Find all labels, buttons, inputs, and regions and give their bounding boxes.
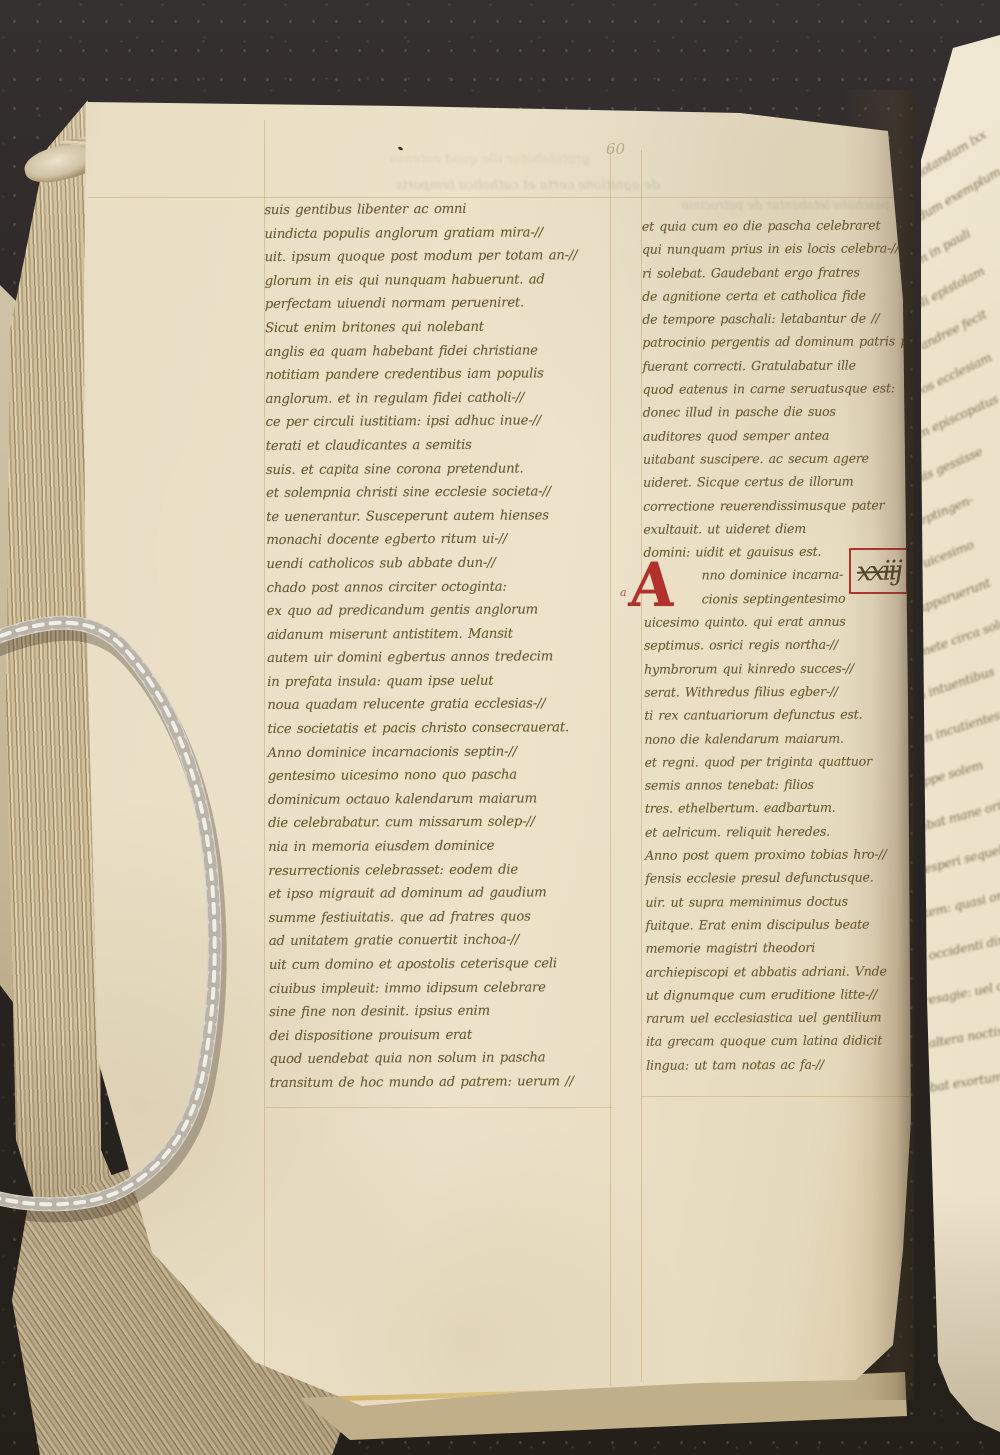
initial-guide-letter: a: [620, 586, 627, 599]
manuscript-line: uit. ipsum quoque post modum per totam a…: [265, 244, 611, 270]
manuscript-line: gentesimo uicesimo nono quo pascha: [268, 763, 614, 789]
manuscript-line: te uenerantur. Susceperunt autem hienses: [266, 504, 612, 530]
manuscript-line: quod uendebat quia non solum in pascha: [269, 1046, 615, 1072]
manuscript-line: ciuibus impleuit: immo idipsum celebrare: [269, 976, 615, 1002]
manuscript-line: anglis ea quam habebant fidei christiane: [265, 339, 611, 365]
manuscript-line: et solempnia christi sine ecclesie socie…: [266, 480, 612, 506]
manuscript-line: noua quadam relucente gratia ecclesias-/…: [267, 692, 613, 718]
manuscript-line: sine fine non desinit. ipsius enim: [269, 999, 615, 1025]
manuscript-line: notitiam pandere credentibus iam populis: [265, 362, 611, 388]
manuscript-line: die celebrabatur. cum missarum solep-//: [268, 810, 614, 836]
illuminated-initial-A: A: [627, 555, 677, 616]
manuscript-line: anglorum. et in regulam fidei catholi-//: [265, 386, 611, 412]
manuscript-line: Sicut enim britones qui nolebant: [265, 315, 611, 341]
manuscript-line: tice societatis et pacis christo consecr…: [267, 716, 613, 742]
manuscript-line: summe festiuitatis. que ad fratres quos: [269, 905, 615, 931]
bleedthrough-line: de agnitione certa et catholica temporis: [300, 178, 660, 193]
manuscript-line: uindicta populis anglorum gratiam mira-/…: [264, 221, 610, 247]
manuscript-line: suis. et capita sine corona pretendunt.: [266, 456, 612, 482]
manuscript-line: uit cum domino et apostolis ceterisque c…: [269, 952, 615, 978]
manuscript-line: ad unitatem gratie conuertit inchoa-//: [269, 928, 615, 954]
manuscript-line: chado post annos circiter octoginta:: [267, 574, 613, 600]
manuscript-line: monachi docente egberto ritum ui-//: [266, 527, 612, 553]
manuscript-line: suis gentibus libenter ac omni: [264, 197, 610, 223]
manuscript-line: perfectam uiuendi normam perueniret.: [265, 291, 611, 317]
manuscript-line: uendi catholicos sub abbate dun-//: [266, 551, 612, 577]
manuscript-line: resurrectionis celebrasset: eodem die: [268, 858, 614, 884]
folio-number: 60: [606, 140, 625, 158]
manuscript-line: Anno dominice incarnacionis septin-//: [268, 740, 614, 766]
manuscript-line: dominicum octauo kalendarum maiarum: [268, 787, 614, 813]
manuscript-line: et ipso migrauit ad dominum ad gaudium: [268, 881, 614, 907]
ruling-line-col1-bottom: [265, 1107, 612, 1108]
manuscript-line: ce per circuli iustitiam: ipsi adhuc inu…: [266, 409, 612, 435]
manuscript-line: ex quo ad predicandum gentis anglorum: [267, 598, 613, 624]
manuscript-line: aidanum miserunt antistitem. Mansit: [267, 622, 613, 648]
manuscript-line: transitum de hoc mundo ad patrem: uerum …: [270, 1070, 616, 1096]
manuscript-line: nia in memoria eiusdem dominice: [268, 834, 614, 860]
ink-fleck: [398, 146, 404, 151]
manuscript-line: dei dispositione prouisum erat: [269, 1023, 615, 1049]
gutter-shadow: [842, 90, 914, 1400]
manuscript-line: terati et claudicantes a semitis: [266, 433, 612, 459]
manuscript-line: glorum in eis qui nunquam habuerunt. ad: [265, 268, 611, 294]
text-column-left: suis gentibus libenter ac omniuindicta p…: [264, 197, 615, 1096]
manuscript-line: in prefata insula: quam ipse uelut: [267, 669, 613, 695]
manuscript-line: autem uir domini egbertus annos tredecim: [267, 645, 613, 671]
bleedthrough-line: gratulabatur ille quod eatenus: [330, 152, 590, 167]
